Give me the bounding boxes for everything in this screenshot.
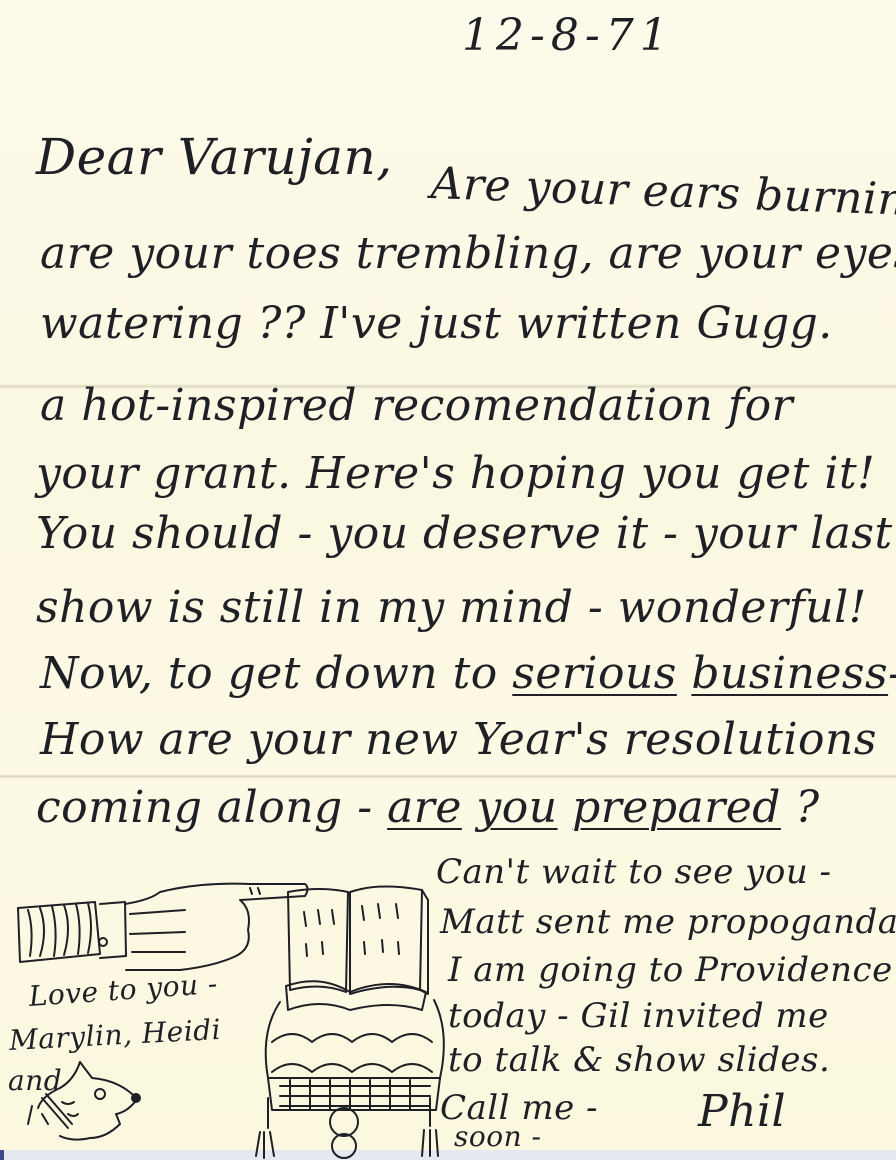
underlined-word: prepared xyxy=(572,782,781,833)
body-line: are your toes trembling, are your eyes xyxy=(40,228,896,279)
postscript-line: today - Gil invited me xyxy=(448,996,829,1036)
postscript-line: Can't wait to see you - xyxy=(436,852,832,892)
body-line: You should - you deserve it - your last xyxy=(36,508,893,559)
body-line: How are your new Year's resolutions xyxy=(40,714,877,765)
signature: Phil xyxy=(698,1086,786,1137)
body-line: your grant. Here's hoping you get it! xyxy=(36,448,875,499)
underlined-word: serious xyxy=(512,648,677,699)
postscript-line: to talk & show slides. xyxy=(448,1040,830,1080)
body-line: Now, to get down to serious business- xyxy=(40,648,896,699)
underlined-word: business xyxy=(691,648,888,699)
book-on-cushion-drawing xyxy=(250,882,450,1160)
postscript-line: I am going to Providence xyxy=(448,950,893,990)
body-line: coming along - are you prepared ? xyxy=(36,782,820,833)
fold-line-lower xyxy=(0,774,896,780)
postscript-line: Matt sent me propoganda. xyxy=(440,902,896,942)
body-line: show is still in my mind - wonderful! xyxy=(36,582,867,633)
letter-date: 12-8-71 xyxy=(462,10,674,61)
body-line: watering ?? I've just written Gugg. xyxy=(40,298,833,349)
postscript-line: soon - xyxy=(454,1120,541,1153)
dog-head-drawing xyxy=(20,1058,150,1158)
salutation: Dear Varujan, xyxy=(36,128,393,186)
body-line: a hot-inspired recomendation for xyxy=(40,380,793,431)
underlined-word: you xyxy=(476,782,557,833)
underlined-word: are xyxy=(387,782,462,833)
